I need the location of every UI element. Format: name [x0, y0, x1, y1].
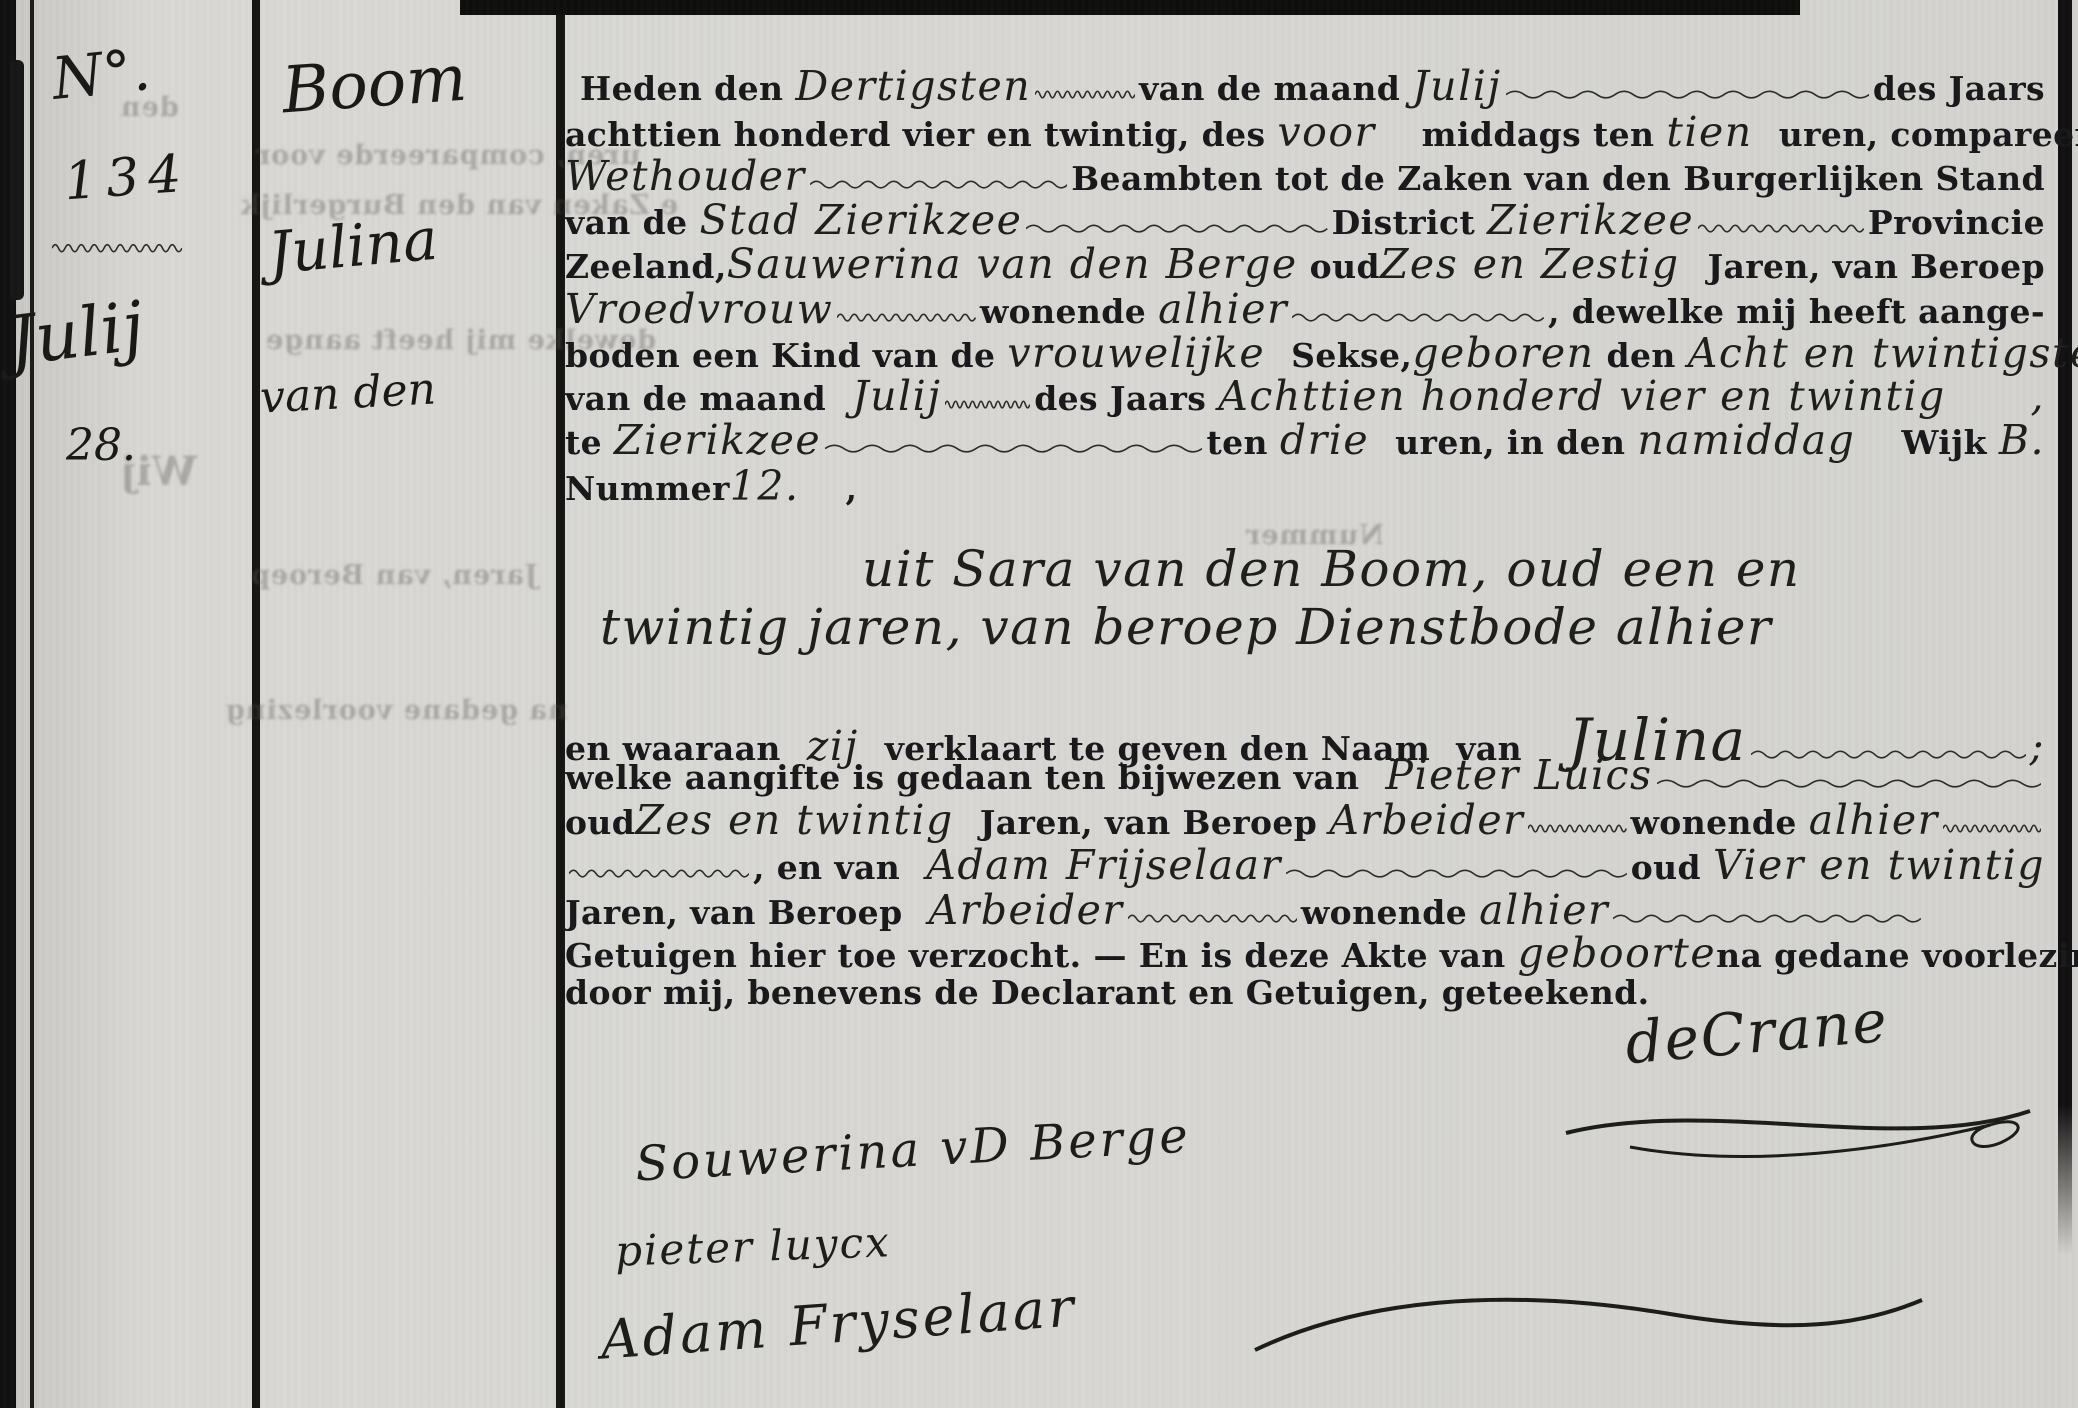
- printed-beambten: Beambten tot de Zaken van den Burgerlijk…: [1071, 159, 2045, 198]
- printed-boden-kind: boden een Kind van de: [565, 336, 995, 375]
- ink-squiggle: [1528, 821, 1626, 834]
- printed-van-de-maand-2: van de maand: [565, 379, 826, 418]
- act-line-6: Vroedvrouw wonende alhier , dewelke mij …: [565, 285, 2045, 333]
- hand-mother-line-1: uit Sara van den Boom, oud een en: [862, 540, 1801, 598]
- printed-van-de-maand: van de maand: [1139, 69, 1400, 108]
- hand-declarant-occupation: Vroedvrouw: [565, 285, 833, 333]
- ink-squiggle: [52, 240, 182, 254]
- act-line-5: Zeeland, Sauwerina van den Berge oud Zes…: [565, 240, 2045, 288]
- column-rule-outer: [30, 0, 34, 1408]
- signature-witness2-flourish: [1250, 1280, 1930, 1390]
- printed-dewelke: , dewelke mij heeft aange-: [1548, 292, 2045, 331]
- act-line-3: Wethouder Beambten tot de Zaken van den …: [565, 152, 2045, 200]
- act-line-2: achttien honderd vier en twintig, des vo…: [565, 108, 2045, 156]
- hand-witness2-name: Adam Frijselaar: [926, 841, 1282, 889]
- act-line-17: Jaren, van Beroep Arbeider wonende alhie…: [565, 886, 2045, 934]
- margin-act-number: 134: [62, 144, 192, 213]
- act-line-15: oud Zes en twintig Jaren, van Beroep Arb…: [565, 796, 2045, 844]
- hand-witness2-occupation: Arbeider: [929, 886, 1124, 934]
- ink-squiggle: [1506, 87, 1869, 100]
- act-line-4: van de Stad Zierikzee District Zierikzee…: [565, 196, 2045, 244]
- hand-district-name: Zierikzee: [1487, 196, 1694, 244]
- hand-birth-day-ordinal: Acht en twintigsten: [1688, 329, 2078, 377]
- hand-declarant-age: Zes en Zestig: [1380, 240, 1680, 288]
- name-column-given: Julina: [265, 205, 440, 288]
- hand-geslacht: vrouwelijke: [1007, 329, 1265, 377]
- signature-witness1: pieter luycx: [614, 1217, 891, 1276]
- ink-squiggle: [1292, 310, 1544, 323]
- name-column-surname: Boom: [280, 42, 469, 129]
- printed-te: te: [565, 423, 602, 462]
- printed-zeeland: Zeeland,: [565, 247, 727, 286]
- act-line-9: te Zierikzee ten drie uren, in den namid…: [565, 416, 2045, 464]
- printed-en-van: , en van: [753, 848, 900, 887]
- hand-day-ordinal: Dertigsten: [795, 62, 1031, 110]
- hand-alhier: alhier: [1158, 285, 1288, 333]
- hand-month: Julij: [1412, 62, 1501, 110]
- printed-oud-3: oud: [1631, 848, 1701, 887]
- margin-number-label: N°.: [49, 35, 154, 113]
- hand-witness2-age: Vier en twintig: [1713, 841, 2045, 889]
- margin-day: 28.: [66, 420, 136, 471]
- printed-provincie: Provincie: [1868, 203, 2045, 242]
- scan-edge-right: [2058, 0, 2072, 1255]
- printed-jaren-beroep-2: Jaren, van Beroep: [980, 803, 1318, 842]
- ink-squiggle: [810, 177, 1068, 190]
- ink-squiggle: [1035, 87, 1135, 100]
- signature-witness2: Adam Fryselaar: [598, 1275, 1078, 1371]
- ink-squiggle: [1613, 911, 1921, 924]
- printed-middags-ten: middags ten: [1422, 115, 1655, 154]
- printed-des-jaars: des Jaars: [1873, 69, 2045, 108]
- scan-edge-left-bump: [10, 60, 24, 300]
- hand-witness1-occupation: Arbeider: [1329, 796, 1524, 844]
- printed-den: den: [1607, 336, 1676, 375]
- printed-sekse: Sekse,: [1291, 336, 1412, 375]
- margin-month: Julij: [4, 287, 148, 382]
- act-line-16: , en van Adam Frijselaar oud Vier en twi…: [565, 841, 2045, 889]
- hand-birth-place: Zierikzee: [614, 416, 821, 464]
- ink-squiggle: [1286, 866, 1627, 879]
- printed-heden-den: Heden den: [580, 69, 783, 108]
- hand-witness1-name: Pieter Luics: [1385, 751, 1652, 799]
- ink-squiggle: [1657, 776, 2041, 789]
- printed-oud-2: oud: [565, 803, 635, 842]
- ink-squiggle: [1943, 821, 2041, 834]
- signature-declarant: Souwerina vD Berge: [634, 1107, 1192, 1192]
- act-line-8: van de maand Julij des Jaars Achttien ho…: [565, 372, 2045, 420]
- hand-hour: tien: [1666, 108, 1752, 156]
- printed-wijk: Wijk: [1901, 423, 1986, 462]
- hand-house-number: 12.: [730, 462, 800, 510]
- printed-jaren-beroep-3: Jaren, van Beroep: [565, 893, 903, 932]
- hand-akte-soort: geboorte: [1518, 929, 1716, 977]
- printed-welke-aangifte: welke aangifte is gedaan ten bijwezen va…: [565, 758, 1359, 797]
- ink-squiggle: [945, 397, 1030, 410]
- ink-squiggle: [825, 441, 1202, 454]
- ink-squiggle: [1128, 911, 1297, 924]
- printed-uren-compareerde: uren, compareerde voor mij: [1779, 115, 2078, 154]
- printed-des-jaars-2: des Jaars: [1034, 379, 1206, 418]
- hand-mother-line-2: twintig jaren, van beroep Dienstbode alh…: [600, 598, 1772, 656]
- hand-birth-hour: drie: [1280, 416, 1369, 464]
- hand-function-wethouder: Wethouder: [565, 152, 806, 200]
- ink-squiggle: [1026, 221, 1327, 234]
- printed-van-de: van de: [565, 203, 688, 242]
- act-line-1: Heden den Dertigsten van de maand Julij …: [580, 62, 2045, 110]
- printed-getuigen-verzocht: Getuigen hier toe verzocht. — En is deze…: [565, 936, 1506, 975]
- printed-comma: ,: [846, 469, 858, 508]
- bleedthrough-text: Jaren, van Beroep: [250, 560, 538, 591]
- hand-voor: voor: [1278, 108, 1376, 156]
- act-line-14: welke aangifte is gedaan ten bijwezen va…: [565, 751, 2045, 799]
- hand-wijk-letter: B.: [1999, 416, 2045, 464]
- bleedthrough-text: na gedane voorlezing: [225, 695, 568, 726]
- ink-squiggle: [569, 866, 749, 879]
- hand-declarant-name: Sauwerina van den Berge: [727, 240, 1298, 288]
- printed-wonende-2: wonende: [1631, 803, 1797, 842]
- printed-district: District: [1332, 203, 1475, 242]
- name-column-prefix: van den: [259, 363, 437, 423]
- scanned-birth-certificate: uren, compareerde voor e Zaken van den B…: [0, 0, 2078, 1408]
- hand-geboren: geboren: [1412, 329, 1594, 377]
- printed-ten: ten: [1206, 423, 1267, 462]
- act-line-10: Nummer 12. ,: [565, 462, 2045, 510]
- act-line-7: boden een Kind van de vrouwelijke Sekse,…: [565, 329, 2045, 377]
- printed-nummer: Nummer: [565, 469, 730, 508]
- ink-squiggle: [1698, 221, 1864, 234]
- printed-year-words: achttien honderd vier en twintig, des: [565, 115, 1266, 154]
- printed-geteekend: door mij, benevens de Declarant en Getui…: [565, 973, 1650, 1012]
- hand-birth-month: Julij: [852, 372, 941, 420]
- hand-alhier-3: alhier: [1479, 886, 1609, 934]
- hand-witness1-age: Zes en twintig: [635, 796, 953, 844]
- hand-stad: Stad Zierikzee: [700, 196, 1023, 244]
- signature-official-flourish: [1560, 1085, 2050, 1170]
- printed-voorlezing: na gedane voorlezing,: [1716, 936, 2078, 975]
- printed-jaren-beroep: Jaren, van Beroep: [1707, 247, 2045, 286]
- hand-dagdeel: namiddag: [1637, 416, 1855, 464]
- printed-wonende-3: wonende: [1301, 893, 1467, 932]
- printed-uren-in-den: uren, in den: [1395, 423, 1625, 462]
- hand-alhier-2: alhier: [1809, 796, 1939, 844]
- act-line-18: Getuigen hier toe verzocht. — En is deze…: [565, 929, 2045, 977]
- ink-squiggle: [837, 310, 976, 323]
- printed-wonende: wonende: [980, 292, 1146, 331]
- printed-top-border: [460, 0, 1800, 15]
- hand-comma: ,: [2030, 372, 2045, 420]
- printed-oud: oud: [1310, 247, 1380, 286]
- hand-birth-year: Achttien honderd vier en twintig: [1218, 372, 1945, 420]
